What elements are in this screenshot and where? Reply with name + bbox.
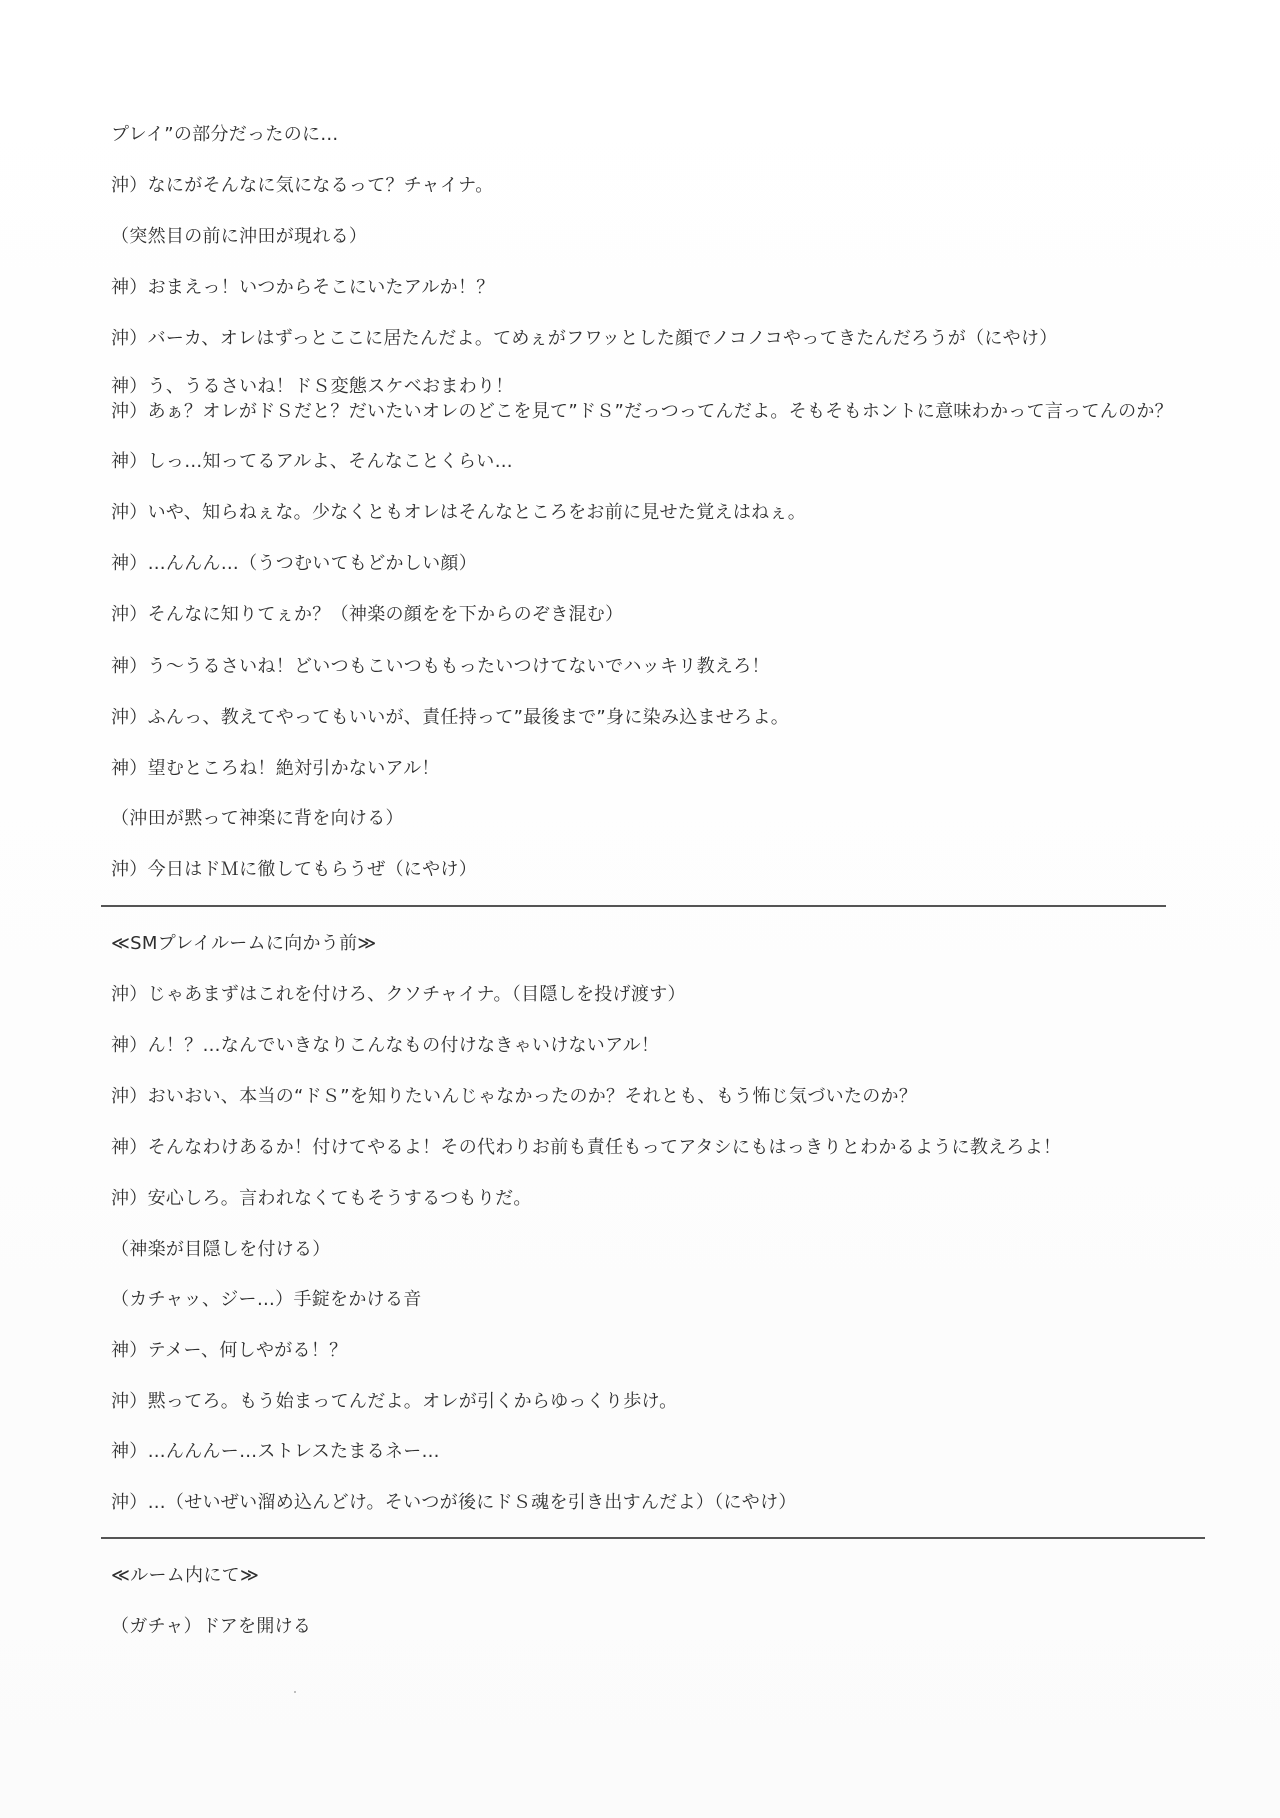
dialogue-line: 沖）今日はドＭに徹してもらうぜ（にやけ） [111, 859, 477, 881]
dialogue-line: 神）おまえっ！いつからそこにいたアルか！？ [111, 277, 495, 299]
dialogue-line: 神）そんなわけあるか！付けてやるよ！その代わりお前も責任もってアタシにもはっきり… [111, 1137, 1061, 1159]
dialogue-line: 神）う、うるさいね！ドＳ変態スケベおまわり！ [111, 376, 514, 398]
dialogue-line: 沖）ふんっ、教えてやってもいいが、責任持って”最後まで”身に染み込ませろよ。 [111, 707, 789, 729]
section-heading: ≪SMプレイルームに向かう前≫ [111, 933, 377, 955]
section-divider [101, 905, 1166, 907]
dialogue-line: 沖）安心しろ。言われなくてもそうするつもりだ。 [111, 1188, 532, 1210]
document-page: プレイ”の部分だったのに… 沖）なにがそんなに気になるって？チャイナ。 （突然目… [0, 0, 1280, 1818]
stage-direction: （カチャッ、ジー…）手錠をかける音 [111, 1289, 422, 1311]
dialogue-line: 沖）そんなに知りてぇか？（神楽の顔をを下からのぞき混む） [111, 604, 623, 626]
stage-direction: （ガチャ）ドアを開ける [111, 1616, 311, 1638]
dialogue-line: 神）しっ…知ってるアルよ、そんなことくらい… [111, 451, 513, 473]
dialogue-line: 神）望むところね！絶対引かないアル！ [111, 758, 440, 780]
dialogue-line: 神）…んんんー…ストレスたまるネー… [111, 1441, 440, 1463]
dialogue-line: 沖）…（せいぜい溜め込んどけ。そいつが後にドＳ魂を引き出すんだよ）（にやけ） [111, 1492, 797, 1514]
dialogue-line: 神）テメー、何しやがる！？ [111, 1340, 347, 1362]
dialogue-line: 神）…んんん…（うつむいてもどかしい顔） [111, 553, 477, 575]
section-heading: ≪ルーム内にて≫ [111, 1565, 259, 1587]
dialogue-line: 沖）いや、知らねぇな。少なくともオレはそんなところをお前に見せた覚えはねぇ。 [111, 502, 806, 524]
dialogue-line: 沖）あぁ？オレがドＳだと？だいたいオレのどこを見て”ドＳ”だっつってんだよ。そも… [111, 401, 1173, 423]
dialogue-line: 沖）おいおい、本当の“ドＳ”を知りたいんじゃなかったのか？それとも、もう怖じ気づ… [111, 1086, 917, 1108]
dialogue-line: 神）ん！？…なんでいきなりこんなもの付けなきゃいけないアル！ [111, 1035, 659, 1057]
dialogue-line: 沖）黙ってろ。もう始まってんだよ。オレが引くからゆっくり歩け。 [111, 1391, 677, 1413]
section-divider [101, 1537, 1205, 1539]
text-line: プレイ”の部分だったのに… [111, 124, 339, 146]
stage-direction: （神楽が目隠しを付ける） [111, 1239, 331, 1261]
dialogue-line: 沖）なにがそんなに気になるって？チャイナ。 [111, 175, 494, 197]
dialogue-line: 神）う～うるさいね！どいつもこいつももったいつけてないでハッキリ教えろ！ [111, 656, 770, 678]
dialogue-line: 沖）バーカ、オレはずっとここに居たんだよ。てめぇがフワッとした顔でノコノコやって… [111, 328, 1058, 350]
dialogue-line: 沖）じゃあまずはこれを付けろ、クソチャイナ。（目隠しを投げ渡す） [111, 984, 686, 1006]
stage-direction: （沖田が黙って神楽に背を向ける） [111, 808, 404, 830]
scan-speck [294, 1691, 296, 1693]
stage-direction: （突然目の前に沖田が現れる） [111, 226, 367, 248]
